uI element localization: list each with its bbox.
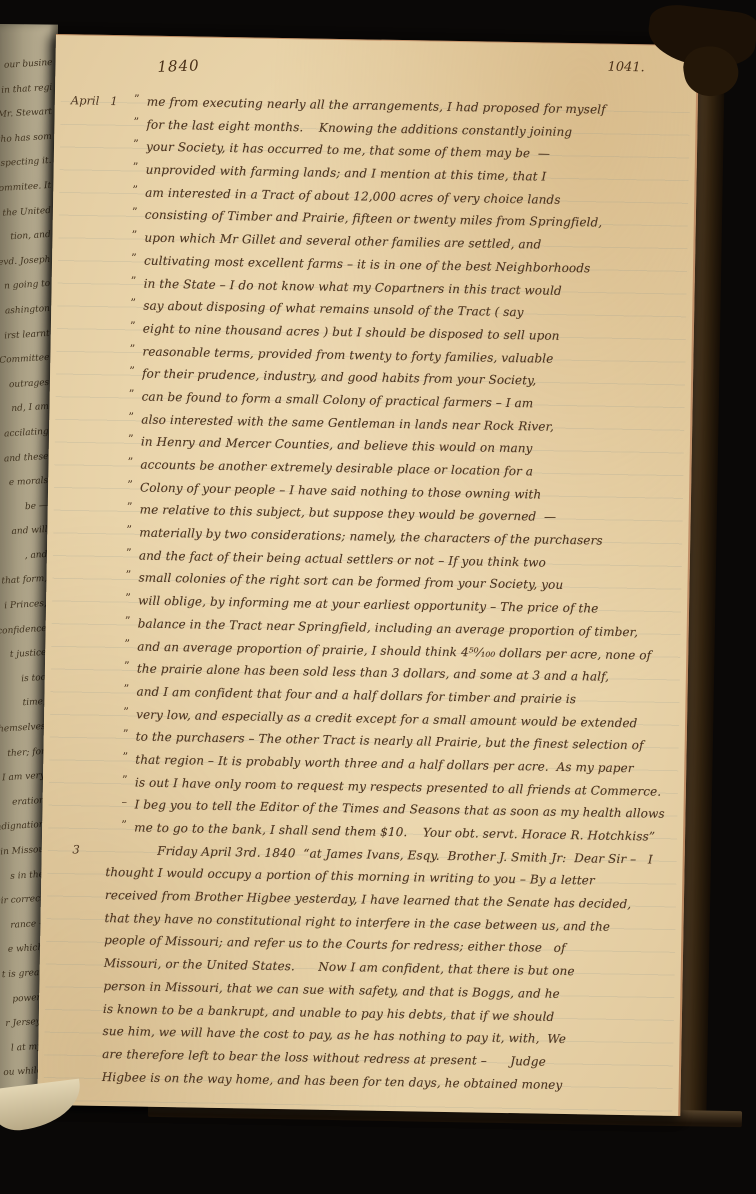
- page-number: 1041.: [607, 60, 644, 76]
- ditto-quote-mark: ”: [130, 297, 136, 310]
- ditto-quote-mark: ”: [129, 342, 135, 355]
- year-heading: 1840: [157, 56, 200, 75]
- ditto-quote-mark: ”: [133, 160, 139, 173]
- previous-page-fragment: and these: [0, 444, 54, 472]
- ditto-quote-mark: ”: [127, 455, 133, 468]
- page-curl-bottom-left: [0, 1079, 84, 1134]
- handwritten-line-text: me from executing nearly all the arrange…: [147, 95, 692, 119]
- ditto-quote-mark: ”: [128, 433, 134, 446]
- previous-page-fragment: ashington: [0, 297, 56, 325]
- ditto-quote-mark: ”: [128, 410, 134, 423]
- previous-page-fragment: e morals: [0, 469, 54, 497]
- ditto-quote-mark: ”: [127, 501, 133, 514]
- ditto-quote-mark: ”: [122, 750, 128, 763]
- previous-page-fragment: Committee: [0, 346, 55, 374]
- previous-page-fragment: accilating: [0, 419, 54, 447]
- ditto-quote-mark: ”: [122, 773, 128, 786]
- ditto-quote-mark: ”: [124, 637, 130, 650]
- ditto-quote-mark: ”: [121, 818, 127, 831]
- ditto-quote-mark: ”: [131, 228, 137, 241]
- ditto-quote-mark: ”: [132, 183, 138, 196]
- ditto-quote-mark: ”: [124, 659, 130, 672]
- ditto-quote-mark: ”: [130, 319, 136, 332]
- ditto-quote-mark: ”: [131, 251, 137, 264]
- previous-page-fragment: i Princes,: [0, 592, 53, 620]
- book-photograph: our businee in that regiMr. Stewarte; wh…: [0, 0, 756, 1194]
- manuscript-text: April 1”me from executing nearly all the…: [38, 91, 696, 1100]
- manuscript-page: 1840 1041. April 1”me from executing nea…: [37, 34, 699, 1116]
- previous-page-fragment: e Commitee. It: [0, 174, 57, 202]
- ditto-quote-mark: ”: [123, 682, 129, 695]
- previous-page-fragment: that form,: [0, 567, 53, 595]
- previous-page-fragment: Mr. Stewart: [0, 100, 58, 128]
- previous-page-fragment: our busine: [0, 51, 58, 79]
- ditto-quote-mark: ”: [134, 92, 140, 105]
- ditto-quote-mark: ”: [123, 728, 129, 741]
- ditto-quote-mark: ”: [129, 365, 135, 378]
- ditto-quote-mark: ”: [125, 591, 131, 604]
- ditto-quote-mark: ”: [131, 274, 137, 287]
- previous-page-fragment: specting it.: [0, 149, 57, 177]
- ditto-quote-mark: ”: [126, 523, 132, 536]
- previous-page-fragment: irst learnt: [0, 321, 55, 349]
- previous-page-fragment: tion, and: [0, 223, 56, 251]
- previous-page-fragment: n going to: [0, 272, 56, 300]
- previous-page-fragment: and will: [0, 518, 53, 546]
- ditto-quote-mark: –: [121, 796, 127, 809]
- previous-page-fragment: the United: [0, 198, 57, 226]
- margin-date: 3: [58, 842, 80, 856]
- margin-date: April 1: [71, 93, 118, 108]
- ditto-quote-mark: ”: [125, 614, 131, 627]
- previous-page-fragment: nd, I am: [0, 395, 55, 423]
- ditto-quote-mark: ”: [132, 206, 138, 219]
- ditto-quote-mark: ”: [133, 138, 139, 151]
- ditto-quote-mark: ”: [127, 478, 133, 491]
- ditto-quote-mark: ”: [133, 115, 139, 128]
- ditto-quote-mark: ”: [123, 705, 129, 718]
- ditto-quote-mark: ”: [129, 387, 135, 400]
- ditto-quote-mark: ”: [125, 569, 131, 582]
- ditto-quote-mark: ”: [126, 546, 132, 559]
